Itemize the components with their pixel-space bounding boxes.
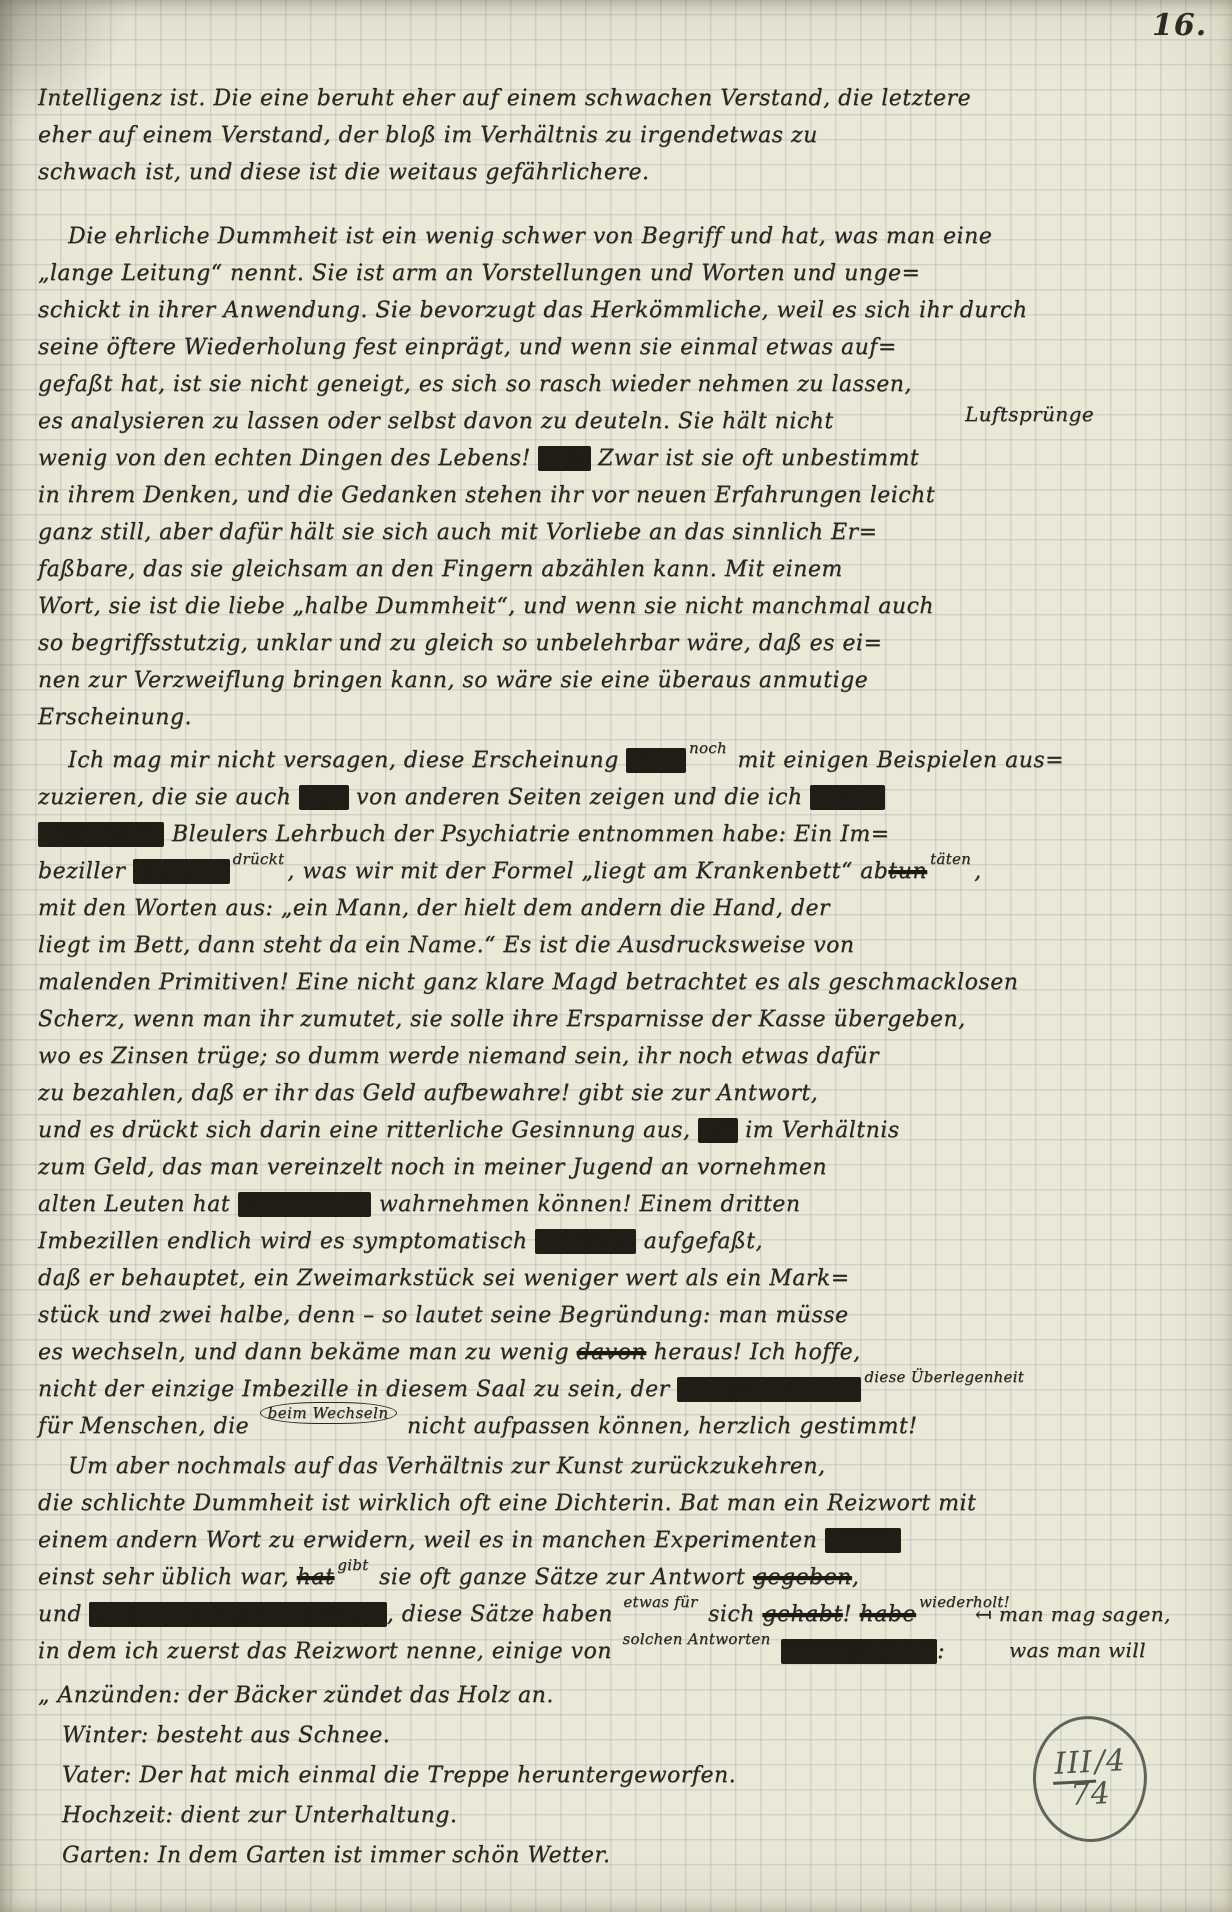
handwritten-line: ganz still, aber dafür hält sie sich auc… [38,514,1027,551]
stamp-fraction-rest: /4 [1094,1743,1127,1780]
handwritten-line: stück und zwei halbe, denn – so lautet s… [38,1297,1064,1334]
handwritten-line: für Menschen, die beim Wechseln nicht au… [38,1408,1064,1445]
handwritten-line: schwach ist, und diese ist die weitaus g… [38,154,971,191]
handwritten-line: in dem ich zuerst das Reizwort nenne, ei… [38,1633,1013,1670]
handwritten-line: faßbare, das sie gleichsam an den Finger… [38,551,1027,588]
list-item: Garten: In dem Garten ist immer schön We… [38,1836,736,1876]
handwritten-line: nicht der einzige Imbezille in diesem Sa… [38,1371,1064,1408]
word-definition-list: „ Anzünden: der Bäcker zündet das Holz a… [38,1676,736,1876]
handwritten-line: mit den Worten aus: „ein Mann, der hielt… [38,890,1064,927]
handwritten-line: es wechseln, und dann bekäme man zu weni… [38,1334,1064,1371]
handwritten-line: malenden Primitiven! Eine nicht ganz kla… [38,964,1064,1001]
handwritten-line: Erscheinung. [38,699,1027,736]
handwritten-line: wo es Zinsen trüge; so dumm werde nieman… [38,1038,1064,1075]
handwritten-line: „lange Leitung“ nennt. Sie ist arm an Vo… [38,255,1027,292]
handwritten-line: beziller begreiftdrückt, was wir mit der… [38,853,1064,890]
margin-note-line: was man will [975,1632,1171,1668]
handwritten-line: Um aber nochmals auf das Verhältnis zur … [38,1448,1013,1485]
handwritten-line: liegt im Bett, dann steht da ein Name.“ … [38,927,1064,964]
handwritten-line: schickt in ihrer Anwendung. Sie bevorzug… [38,292,1027,329]
handwritten-line: Intelligenz ist. Die eine beruht eher au… [38,80,971,117]
stamp-bottom-number: 74 [1070,1778,1112,1812]
handwritten-paragraph: Um aber nochmals auf das Verhältnis zur … [38,1448,1013,1670]
handwritten-line: Scherz, wenn man ihr zumutet, sie solle … [38,1001,1064,1038]
handwritten-line: Wort, sie ist die liebe „halbe Dummheit“… [38,588,1027,625]
handwritten-line: seine öftere Wiederholung fest einprägt,… [38,329,1027,366]
page-number: 16. [1152,8,1207,43]
handwritten-line: eher auf einem Verstand, der bloß im Ver… [38,117,971,154]
margin-note-man-mag-sagen: ↤ man mag sagen, was man will [975,1596,1171,1668]
handwritten-line: wenig von den echten Dingen des Lebens! … [38,440,1027,477]
handwritten-paragraph: Intelligenz ist. Die eine beruht eher au… [38,80,971,191]
handwritten-line: Imbezillen endlich wird es symptomatisch… [38,1223,1064,1260]
handwritten-line: nen zur Verzweiflung bringen kann, so wä… [38,662,1027,699]
archive-stamp: III/4 74 [1030,1713,1150,1845]
handwritten-line: daß er behauptet, ein Zweimarkstück sei … [38,1260,1064,1297]
handwritten-line: Die ehrliche Dummheit ist ein wenig schw… [38,218,1027,255]
handwritten-line: zuzieren, die sie auch erst von anderen … [38,779,1064,816]
handwritten-line: zum Geld, das man vereinzelt noch in mei… [38,1149,1064,1186]
margin-note-luftspruenge: Luftsprünge [965,402,1094,426]
handwritten-paragraph: Die ehrliche Dummheit ist ein wenig schw… [38,218,1027,736]
handwritten-line: alten Leuten hat beobachtet wahrnehmen k… [38,1186,1064,1223]
list-item: Hochzeit: dient zur Unterhaltung. [38,1796,736,1836]
margin-note-text: Luftsprünge [965,402,1094,426]
manuscript-page: 16. Intelligenz ist. Die eine beruht ehe… [0,0,1232,1912]
handwritten-line: gefaßt hat, ist sie nicht geneigt, es si… [38,366,1027,403]
handwritten-line: Ich mag mir nicht versagen, diese Ersche… [38,742,1064,779]
handwritten-line: und ich kann mir nicht helfen, diese Sät… [38,1596,1013,1633]
handwritten-line: so begriffsstutzig, unklar und zu gleich… [38,625,1027,662]
handwritten-line: bekannten Bleulers Lehrbuch der Psychiat… [38,816,1064,853]
list-item: „ Anzünden: der Bäcker zündet das Holz a… [38,1676,736,1716]
handwritten-line: einst sehr üblich war, hatgibt sie oft g… [38,1559,1013,1596]
list-item: Winter: besteht aus Schnee. [38,1716,736,1756]
handwritten-paragraph: Ich mag mir nicht versagen, diese Ersche… [38,742,1064,1445]
handwritten-line: die schlichte Dummheit ist wirklich oft … [38,1485,1013,1522]
margin-note-line: ↤ man mag sagen, [975,1596,1171,1632]
stamp-top-row: III/4 [1051,1745,1126,1781]
handwritten-line: in ihrem Denken, und die Gedanken stehen… [38,477,1027,514]
handwritten-line: einem andern Wort zu erwidern, weil es i… [38,1522,1013,1559]
handwritten-line: zu bezahlen, daß er ihr das Geld aufbewa… [38,1075,1064,1112]
handwritten-line: es analysieren zu lassen oder selbst dav… [38,403,1027,440]
handwritten-line: und es drückt sich darin eine ritterlich… [38,1112,1064,1149]
list-item: Vater: Der hat mich einmal die Treppe he… [38,1756,736,1796]
